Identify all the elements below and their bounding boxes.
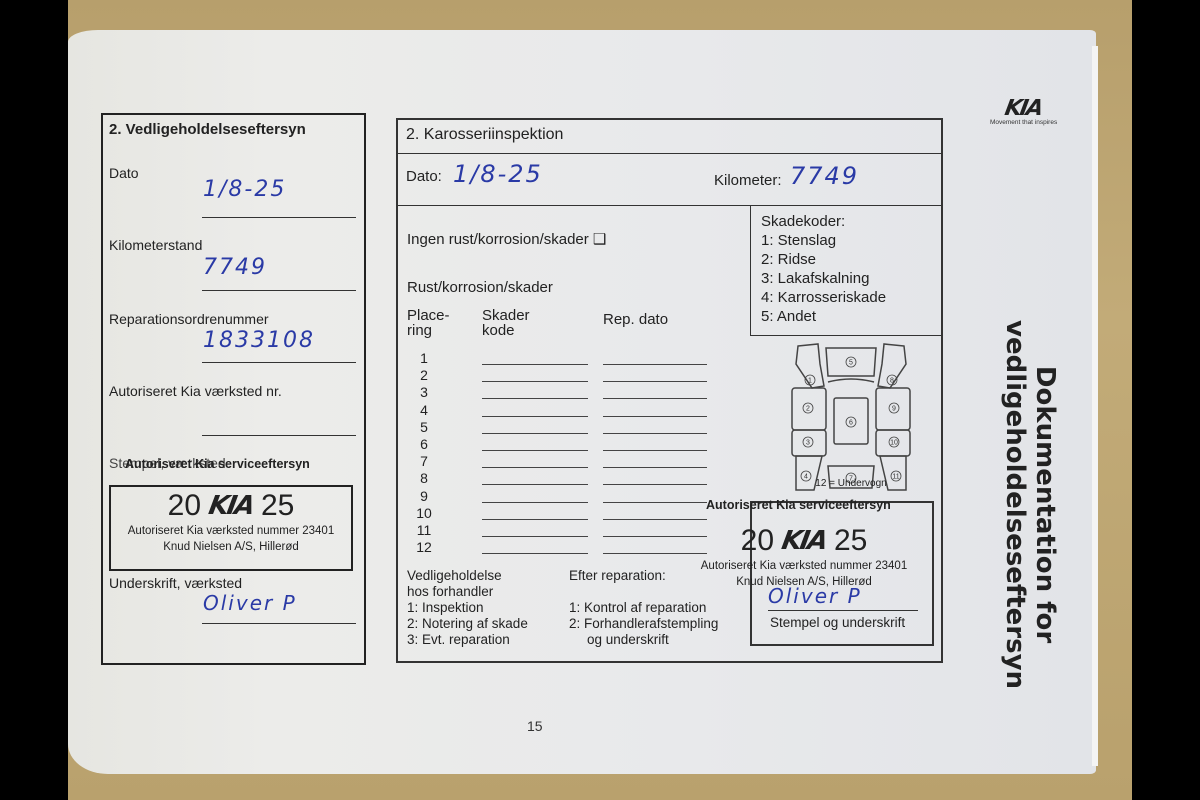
legend-after-repair-items: 1: Kontrol af reparation2: Forhandlerafs… xyxy=(569,600,718,648)
car-body-diagram-icon: 1234567891011 xyxy=(784,342,918,492)
background-right xyxy=(1132,0,1200,800)
damage-entry-line[interactable] xyxy=(482,381,588,382)
dealer-stamp: 20 KIA 25 Autoriseret Kia værksted numme… xyxy=(694,522,914,590)
damage-entry-line[interactable] xyxy=(482,450,588,451)
damage-entry-line[interactable] xyxy=(603,416,707,417)
diagram-caption: 12 = Undervogn xyxy=(784,478,918,489)
row-number: 2 xyxy=(416,367,432,384)
dealer-kia-logo-icon: KIA xyxy=(779,526,828,556)
legend-maintenance-title: Vedligeholdelse xyxy=(407,568,528,584)
rust-label: Rust/korrosion/skader xyxy=(407,279,553,296)
damage-code-header-line1: Skader xyxy=(482,308,530,323)
stamp-year-left: 20 xyxy=(168,489,201,523)
legend-maintenance-items: 1: Inspektion2: Notering af skade3: Evt.… xyxy=(407,600,528,648)
damage-codes-list: 1: Stenslag2: Ridse3: Lakafskalning4: Ka… xyxy=(761,231,933,326)
no-rust-checkbox[interactable]: Ingen rust/korrosion/skader ❑ xyxy=(407,230,606,248)
workshop-stamp: 20 KIA 25 Autoriseret Kia værksted numme… xyxy=(109,485,353,571)
svg-text:6: 6 xyxy=(849,420,853,427)
dealer-signature-line xyxy=(768,610,918,611)
mileage-line xyxy=(202,290,356,291)
row-number: 10 xyxy=(416,505,432,522)
damage-entry-line[interactable] xyxy=(482,467,588,468)
inspection-km-label: Kilometer: xyxy=(714,172,782,189)
damage-code-item: 4: Karrosseriskade xyxy=(761,288,933,307)
stamp-workshop-number: Autoriseret Kia værksted nummer 23401 xyxy=(111,523,351,539)
row-number: 9 xyxy=(416,488,432,505)
dealer-stamp-heading: Autoriseret Kia serviceeftersyn xyxy=(706,498,891,512)
damage-code-item: 1: Stenslag xyxy=(761,231,933,250)
repair-order-label: Reparationsordrenummer xyxy=(109,311,269,327)
signature-value[interactable]: Oliver P xyxy=(203,591,297,615)
row-number: 11 xyxy=(416,522,432,539)
page-number: 15 xyxy=(527,718,543,734)
stamp-heading: Autoriseret Kia serviceeftersyn xyxy=(125,457,310,471)
placement-header-line1: Place- xyxy=(407,308,450,323)
legend-item: 3: Evt. reparation xyxy=(407,632,528,648)
stamp-workshop-name: Knud Nielsen A/S, Hillerød xyxy=(111,539,351,555)
maintenance-form: 2. Vedligeholdelseseftersyn Dato 1/8-25 … xyxy=(101,113,366,665)
svg-text:9: 9 xyxy=(892,406,896,413)
signature-line xyxy=(202,623,356,624)
damage-codes-title: Skadekoder: xyxy=(761,212,933,231)
svg-text:10: 10 xyxy=(890,440,898,447)
side-title-line2: vedligeholdelseseftersyn xyxy=(1000,320,1030,689)
date-line xyxy=(202,217,356,218)
damage-entry-line[interactable] xyxy=(603,519,707,520)
row-number: 7 xyxy=(416,453,432,470)
damage-code-item: 5: Andet xyxy=(761,307,933,326)
svg-text:3: 3 xyxy=(806,440,810,447)
row-number: 6 xyxy=(416,436,432,453)
dealer-signature-value[interactable]: Oliver P xyxy=(768,584,862,608)
row-number: 5 xyxy=(416,419,432,436)
legend-item: 1: Inspektion xyxy=(407,600,528,616)
legend-item: 2: Notering af skade xyxy=(407,616,528,632)
damage-entry-line[interactable] xyxy=(603,502,707,503)
kia-logo-icon: KIA xyxy=(206,491,255,521)
damage-entry-line[interactable] xyxy=(603,450,707,451)
damage-code-header-line2: kode xyxy=(482,323,530,338)
damage-entry-line[interactable] xyxy=(603,364,707,365)
brand-block: KIA Movement that inspires xyxy=(990,96,1057,126)
dealer-stamp-year-left: 20 xyxy=(741,524,774,558)
damage-entry-line[interactable] xyxy=(482,502,588,503)
legend-maintenance: Vedligeholdelse hos forhandler 1: Inspek… xyxy=(407,568,528,648)
stamp-year-right: 25 xyxy=(261,489,294,523)
repair-date-header: Rep. dato xyxy=(603,311,668,328)
side-title-line1: Dokumentation for xyxy=(1030,320,1060,689)
background-left xyxy=(0,0,68,800)
damage-entry-line[interactable] xyxy=(603,433,707,434)
damage-entry-line[interactable] xyxy=(482,416,588,417)
svg-text:8: 8 xyxy=(890,378,894,385)
signature-label: Underskrift, værksted xyxy=(109,575,242,591)
inspection-date-value[interactable]: 1/8-25 xyxy=(453,160,543,188)
legend-item: 2: Forhandlerafstempling xyxy=(569,616,718,632)
damage-code-item: 2: Ridse xyxy=(761,250,933,269)
inspection-km-value[interactable]: 7749 xyxy=(790,162,859,190)
damage-entry-line[interactable] xyxy=(603,398,707,399)
damage-code-header: Skader kode xyxy=(482,308,530,338)
damage-entry-line[interactable] xyxy=(603,467,707,468)
damage-entry-line[interactable] xyxy=(482,433,588,434)
repair-order-line xyxy=(202,362,356,363)
damage-entry-line[interactable] xyxy=(603,553,707,554)
workshop-number-label: Autoriseret Kia værksted nr. xyxy=(109,383,282,399)
date-value[interactable]: 1/8-25 xyxy=(203,177,286,202)
row-numbers: 123456789101112 xyxy=(416,350,432,556)
damage-entry-line[interactable] xyxy=(482,536,588,537)
mileage-label: Kilometerstand xyxy=(109,237,202,253)
mileage-value[interactable]: 7749 xyxy=(203,255,267,280)
row-number: 3 xyxy=(416,384,432,401)
dealer-signature-label: Stempel og underskrift xyxy=(770,615,905,630)
placement-header: Place- ring xyxy=(407,308,450,338)
inspection-date-label: Dato: xyxy=(406,168,442,185)
damage-entry-line[interactable] xyxy=(482,484,588,485)
damage-code-item: 3: Lakafskalning xyxy=(761,269,933,288)
workshop-number-line xyxy=(202,435,356,436)
damage-entry-line[interactable] xyxy=(482,364,588,365)
svg-text:2: 2 xyxy=(806,406,810,413)
side-title: Dokumentation for vedligeholdelsesefters… xyxy=(1000,320,1060,689)
row-number: 4 xyxy=(416,402,432,419)
page-edge xyxy=(1092,46,1098,766)
kia-brand-logo-icon: KIA xyxy=(1003,96,1044,121)
form-title: 2. Vedligeholdelseseftersyn xyxy=(109,121,306,138)
inspection-date-row: Dato: 1/8-25 Kilometer: 7749 xyxy=(398,154,941,206)
row-number: 1 xyxy=(416,350,432,367)
svg-text:5: 5 xyxy=(849,360,853,367)
legend-maintenance-subtitle: hos forhandler xyxy=(407,584,528,600)
damage-entry-line[interactable] xyxy=(603,484,707,485)
damage-codes-box: Skadekoder: 1: Stenslag2: Ridse3: Lakafs… xyxy=(750,206,943,336)
damage-entry-line[interactable] xyxy=(603,381,707,382)
damage-entry-line[interactable] xyxy=(482,398,588,399)
legend-item: 1: Kontrol af reparation xyxy=(569,600,718,616)
body-inspection-form: 2. Karosseriinspektion Dato: 1/8-25 Kilo… xyxy=(396,118,943,663)
row-number: 12 xyxy=(416,539,432,556)
legend-item: og underskrift xyxy=(569,632,718,648)
repair-order-value[interactable]: 1833108 xyxy=(203,328,315,353)
damage-entry-line[interactable] xyxy=(603,536,707,537)
damage-entry-line[interactable] xyxy=(482,553,588,554)
svg-text:1: 1 xyxy=(808,378,812,385)
placement-header-line2: ring xyxy=(407,323,450,338)
damage-entry-line[interactable] xyxy=(482,519,588,520)
date-label: Dato xyxy=(109,165,139,181)
row-number: 8 xyxy=(416,470,432,487)
dealer-stamp-number: Autoriseret Kia værksted nummer 23401 xyxy=(694,558,914,574)
dealer-stamp-year-right: 25 xyxy=(834,524,867,558)
inspection-title: 2. Karosseriinspektion xyxy=(398,120,941,154)
